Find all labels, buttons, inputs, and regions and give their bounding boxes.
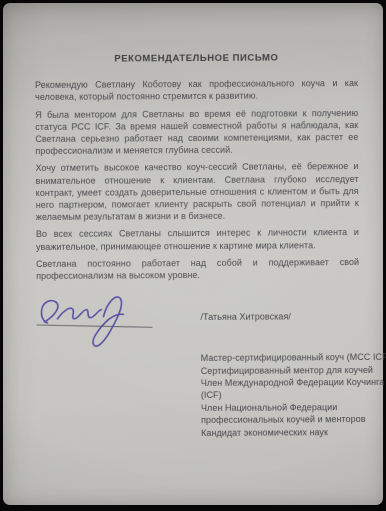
letter-title: РЕКОМЕНДАТЕЛЬНОЕ ПИСЬМО [35,52,358,66]
signature-area [36,295,200,352]
credentials-list: Мастер-сертифицированный коуч (MCC ICF) … [201,351,361,439]
letter-content: РЕКОМЕНДАТЕЛЬНОЕ ПИСЬМО Рекомендую Светл… [35,52,360,440]
credential-line: профессиональных коучей и менторов [201,413,360,426]
credential-line: Член Международной Федерации Коучинга [201,376,360,389]
letter-paragraph-1: Рекомендую Светлану Коботову как професс… [35,77,358,103]
credential-line: Член Национальной Федерации [201,401,360,414]
letter-paragraph-2: Я была ментором для Светланы во время её… [35,107,358,158]
credential-line: Кандидат экономических наук [201,426,360,439]
handwritten-signature-icon [32,289,182,356]
signature-block: /Татьяна Хитровская/ [36,294,359,352]
letter-paragraph-3: Хочу отметить высокое качество коуч-сесс… [35,160,358,223]
letter-paragraph-4: Во всех сессиях Светланы слышится интере… [36,226,359,252]
credential-line: Мастер-сертифицированный коуч (MCC ICF) [201,351,360,364]
letter-paper: РЕКОМЕНДАТЕЛЬНОЕ ПИСЬМО Рекомендую Светл… [3,3,383,505]
letter-paragraph-5: Светлана постоянно работает над собой и … [36,256,359,282]
credential-line: (ICF) [201,388,360,401]
credential-line: Сертифицированный ментор для коучей [201,364,360,377]
photo-frame: РЕКОМЕНДАТЕЛЬНОЕ ПИСЬМО Рекомендую Светл… [0,0,386,511]
signatory-name: /Татьяна Хитровская/ [200,295,291,352]
